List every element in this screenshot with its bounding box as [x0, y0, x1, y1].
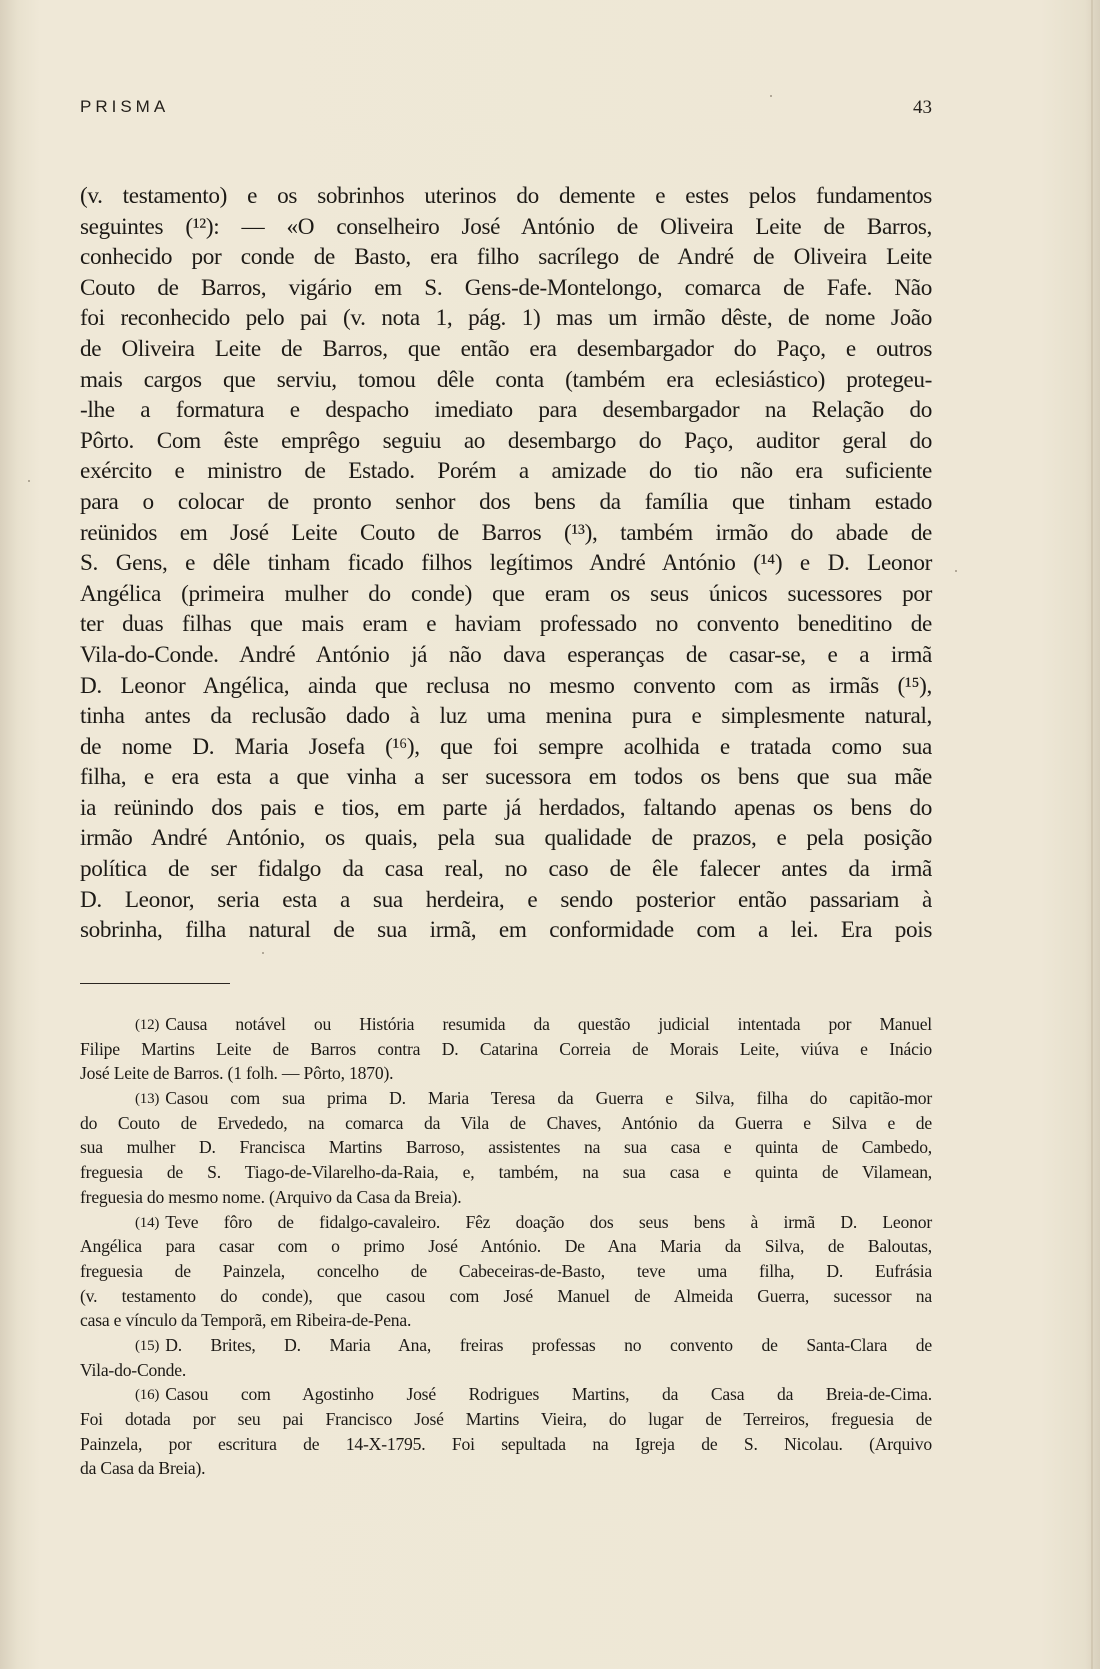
body-line: reünidos em José Leite Couto de Barros (… — [80, 518, 932, 549]
footnote-number: (16) — [135, 1387, 159, 1403]
body-line: foi reconhecido pelo pai (v. nota 1, pág… — [80, 303, 932, 334]
footnote-line: (14)Teve fôro de fidalgo-cavaleiro. Fêz … — [80, 1210, 932, 1235]
footnote-line: Vila-do-Conde. — [80, 1358, 932, 1383]
body-line: S. Gens, e dêle tinham ficado filhos leg… — [80, 548, 932, 579]
footnote-line: (12)Causa notável ou História resumida d… — [80, 1012, 932, 1037]
body-line: Angélica (primeira mulher do conde) que … — [80, 579, 932, 610]
body-line: D. Leonor Angélica, ainda que reclusa no… — [80, 671, 932, 702]
footnote-line: Filipe Martins Leite de Barros contra D.… — [80, 1037, 932, 1062]
body-line: Vila-do-Conde. André António já não dava… — [80, 640, 932, 671]
footnote-line: freguesia do mesmo nome. (Arquivo da Cas… — [80, 1185, 932, 1210]
paper-speck — [28, 480, 30, 482]
footnote-line: freguesia de S. Tiago-de-Vilarelho-da-Ra… — [80, 1160, 932, 1185]
footnote-14: (14)Teve fôro de fidalgo-cavaleiro. Fêz … — [80, 1210, 932, 1333]
paper-speck — [770, 95, 772, 97]
footnote-number: (14) — [135, 1215, 159, 1231]
body-line: filha, e era esta a que vinha a ser suce… — [80, 762, 932, 793]
footnote-12: (12)Causa notável ou História resumida d… — [80, 1012, 932, 1086]
page-edge-shadow — [1091, 0, 1093, 1669]
footnote-number: (15) — [135, 1338, 159, 1354]
footnote-line: sua mulher D. Francisca Martins Barroso,… — [80, 1135, 932, 1160]
footnote-line: (v. testamento do conde), que casou com … — [80, 1284, 932, 1309]
footnote-line: (15)D. Brites, D. Maria Ana, freiras pro… — [80, 1333, 932, 1358]
footnote-line: (13)Casou com sua prima D. Maria Teresa … — [80, 1086, 932, 1111]
paper-speck — [262, 952, 264, 954]
running-header: PRISMA 43 — [80, 97, 932, 123]
footnote-line: Painzela, por escritura de 14-X-1795. Fo… — [80, 1432, 932, 1457]
footnote-line: Foi dotada por seu pai Francisco José Ma… — [80, 1407, 932, 1432]
body-line: mais cargos que serviu, tomou dêle conta… — [80, 365, 932, 396]
body-line: D. Leonor, seria esta a sua herdeira, e … — [80, 885, 932, 916]
footnote-line: Angélica para casar com o primo José Ant… — [80, 1234, 932, 1259]
body-line: de nome D. Maria Josefa (¹⁶), que foi se… — [80, 732, 932, 763]
footnote-line: (16)Casou com Agostinho José Rodrigues M… — [80, 1382, 932, 1407]
footnote-number: (13) — [135, 1091, 159, 1107]
body-line: política de ser fidalgo da casa real, no… — [80, 854, 932, 885]
footnote-16: (16)Casou com Agostinho José Rodrigues M… — [80, 1382, 932, 1481]
body-line: Couto de Barros, vigário em S. Gens-de-M… — [80, 273, 932, 304]
page-number: 43 — [913, 97, 932, 119]
footnote-line: freguesia de Painzela, concelho de Cabec… — [80, 1259, 932, 1284]
footnote-line: casa e vínculo da Temporã, em Ribeira-de… — [80, 1308, 932, 1333]
body-line: ia reünindo dos pais e tios, em parte já… — [80, 793, 932, 824]
body-line: irmão André António, os quais, pela sua … — [80, 823, 932, 854]
footnote-13: (13)Casou com sua prima D. Maria Teresa … — [80, 1086, 932, 1209]
footnotes: (12)Causa notável ou História resumida d… — [80, 1012, 932, 1481]
body-line: sobrinha, filha natural de sua irmã, em … — [80, 915, 932, 946]
body-line: (v. testamento) e os sobrinhos uterinos … — [80, 181, 932, 212]
body-line: ter duas filhas que mais eram e haviam p… — [80, 609, 932, 640]
scanned-page: PRISMA 43 (v. testamento) e os sobrinhos… — [0, 0, 1100, 1669]
body-paragraph: (v. testamento) e os sobrinhos uterinos … — [80, 181, 932, 946]
footnote-line: do Couto de Ervededo, na comarca da Vila… — [80, 1111, 932, 1136]
body-line: exército e ministro de Estado. Porém a a… — [80, 456, 932, 487]
body-line: Pôrto. Com êste emprêgo seguiu ao desemb… — [80, 426, 932, 457]
body-line: tinha antes da reclusão dado à luz uma m… — [80, 701, 932, 732]
body-line: conhecido por conde de Basto, era filho … — [80, 242, 932, 273]
body-line: para o colocar de pronto senhor dos bens… — [80, 487, 932, 518]
footnote-line: da Casa da Breia). — [80, 1456, 932, 1481]
body-line: -lhe a formatura e despacho imediato par… — [80, 395, 932, 426]
footnote-line: José Leite de Barros. (1 folh. — Pôrto, … — [80, 1061, 932, 1086]
footnote-number: (12) — [135, 1017, 159, 1033]
running-title: PRISMA — [80, 97, 169, 117]
body-line: seguintes (¹²): — «O conselheiro José An… — [80, 212, 932, 243]
footnote-15: (15)D. Brites, D. Maria Ana, freiras pro… — [80, 1333, 932, 1382]
paper-speck — [955, 570, 957, 572]
footnote-separator — [80, 983, 230, 984]
body-line: de Oliveira Leite de Barros, que então e… — [80, 334, 932, 365]
